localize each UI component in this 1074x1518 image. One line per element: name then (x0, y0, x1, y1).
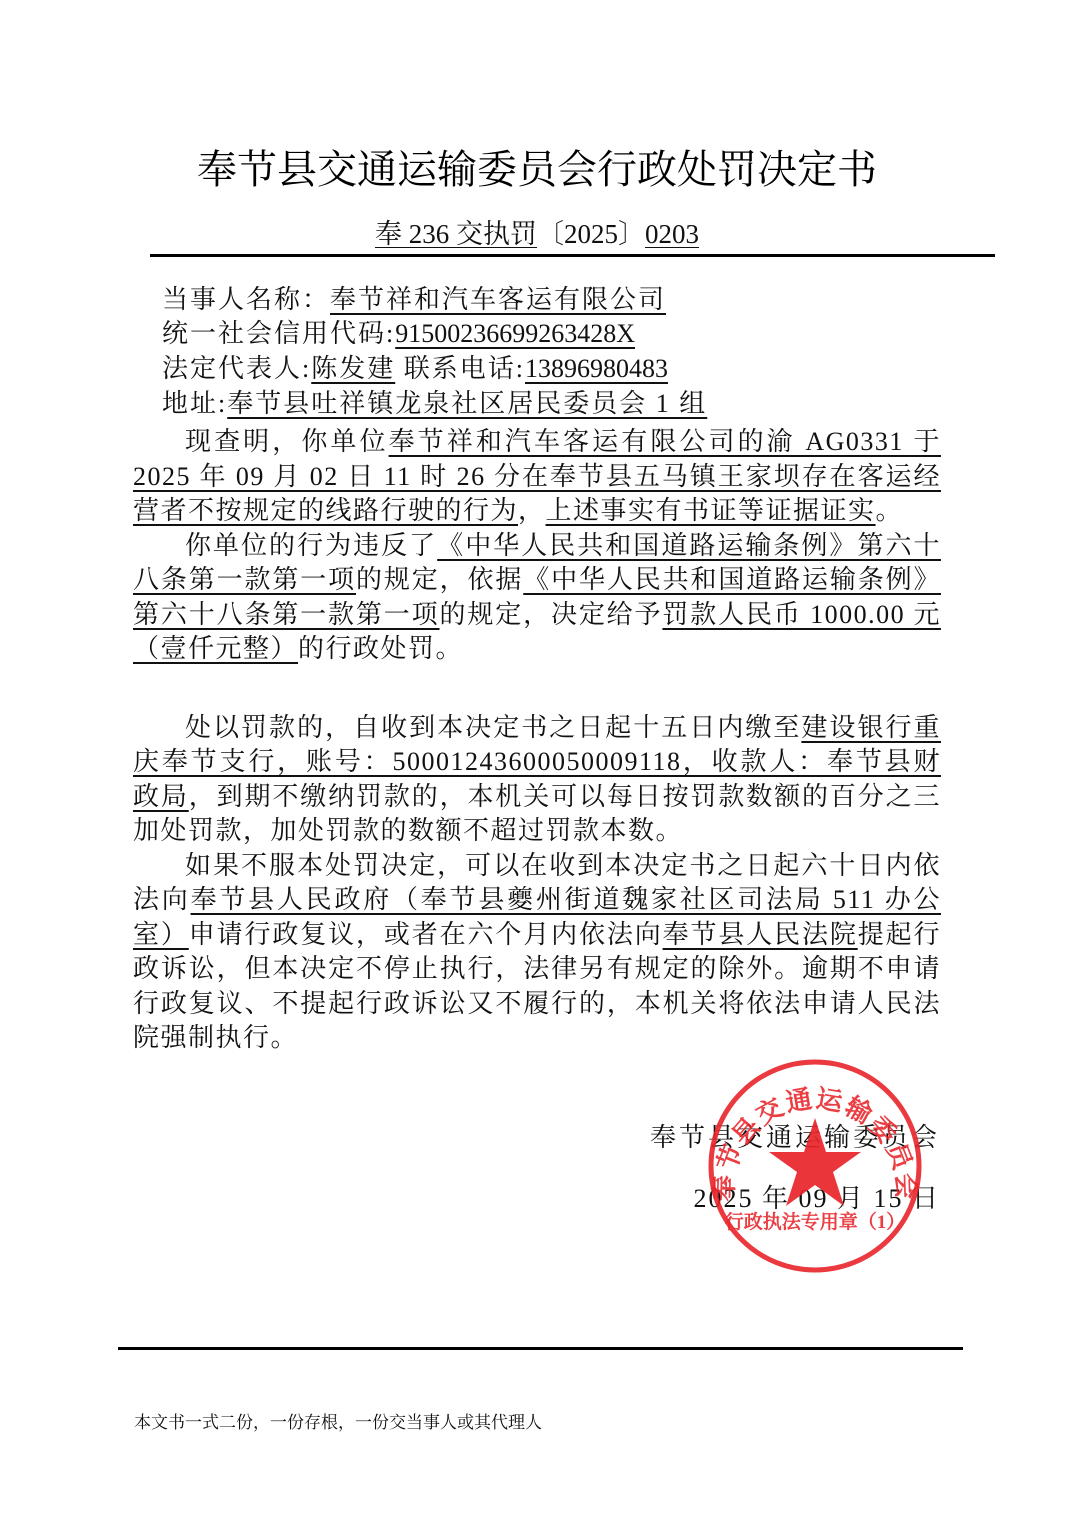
footer-rule (118, 1347, 963, 1350)
appeal-mid: 申请行政复议，或者在六个月内依法向 (189, 920, 663, 949)
doc-number-year: 〔2025〕 (537, 219, 645, 249)
document-title: 奉节县交通运输委员会行政处罚决定书 (0, 138, 1074, 195)
address-row: 地址:奉节县吐祥镇龙泉社区居民委员会 1 组 (162, 387, 707, 421)
facts-end: 。 (876, 496, 904, 525)
document-number: 奉 236 交执罚〔2025〕0203 (0, 212, 1074, 251)
party-name-label: 当事人名称： (162, 285, 330, 314)
credit-code-row: 统一社会信用代码:91500236699263428X (162, 317, 635, 351)
footer-note: 本文书一式二份，一份存根，一份交当事人或其代理人 (134, 1408, 542, 1433)
payment-rest: ，到期不缴纳罚款的，本机关可以每日按罚款数额的百分之三加处罚款，加处罚款的数额不… (133, 782, 941, 846)
phone-label: 联系电话: (404, 354, 525, 383)
blank-line (133, 667, 941, 711)
body-text: 现查明，你单位奉节祥和汽车客运有限公司的渝 AG0331 于 2025 年 09… (133, 425, 941, 1056)
issuer-name: 奉节县交通运输委员会 (650, 1117, 940, 1154)
party-name-value: 奉节祥和汽车客运有限公司 (330, 285, 666, 314)
address-value: 奉节县吐祥镇龙泉社区居民委员会 1 组 (227, 389, 707, 418)
header-rule (150, 254, 995, 257)
violation-lead: 你单位的行为违反了 (185, 531, 437, 560)
appeal-paragraph: 如果不服本处罚决定，可以在收到本决定书之日起六十日内依法向奉节县人民政府（奉节县… (133, 849, 941, 1056)
phone-value: 13896980483 (525, 354, 668, 383)
violation-mid1: 的规定，依据 (356, 565, 523, 594)
payment-lead: 处以罚款的，自收到本决定书之日起十五日内缴至 (185, 713, 801, 742)
official-seal-icon: 奉节县交通运输委员会 行政执法专用章（1） (705, 1058, 925, 1274)
doc-number-prefix: 奉 236 交执罚 (375, 219, 537, 249)
credit-code-value: 91500236699263428X (395, 319, 635, 348)
facts-comma: ， (518, 496, 546, 525)
legal-rep-label: 法定代表人: (162, 354, 311, 383)
legal-rep-value: 陈发建 (311, 354, 395, 383)
facts-lead: 现查明，你单位 (185, 427, 389, 456)
credit-code-label: 统一社会信用代码: (162, 319, 395, 348)
facts-paragraph: 现查明，你单位奉节祥和汽车客运有限公司的渝 AG0331 于 2025 年 09… (133, 425, 941, 529)
issue-date: 2025 年 09 月 15 日 (693, 1178, 940, 1215)
address-label: 地址: (162, 389, 227, 418)
facts-evidence: 上述事实有书证等证据证实 (546, 496, 876, 525)
doc-number-serial: 0203 (645, 219, 699, 249)
court-name: 奉节县人民法院 (663, 920, 858, 949)
violation-paragraph: 你单位的行为违反了《中华人民共和国道路运输条例》第六十八条第一款第一项的规定，依… (133, 529, 941, 667)
violation-end: 的行政处罚。 (298, 634, 463, 663)
legal-rep-row: 法定代表人:陈发建 联系电话:13896980483 (162, 352, 668, 386)
violation-mid2: 的规定，决定给予 (440, 600, 663, 629)
party-name-row: 当事人名称：奉节祥和汽车客运有限公司 (162, 283, 666, 317)
payment-paragraph: 处以罚款的，自收到本决定书之日起十五日内缴至建设银行重庆奉节支行，账号：5000… (133, 711, 941, 849)
